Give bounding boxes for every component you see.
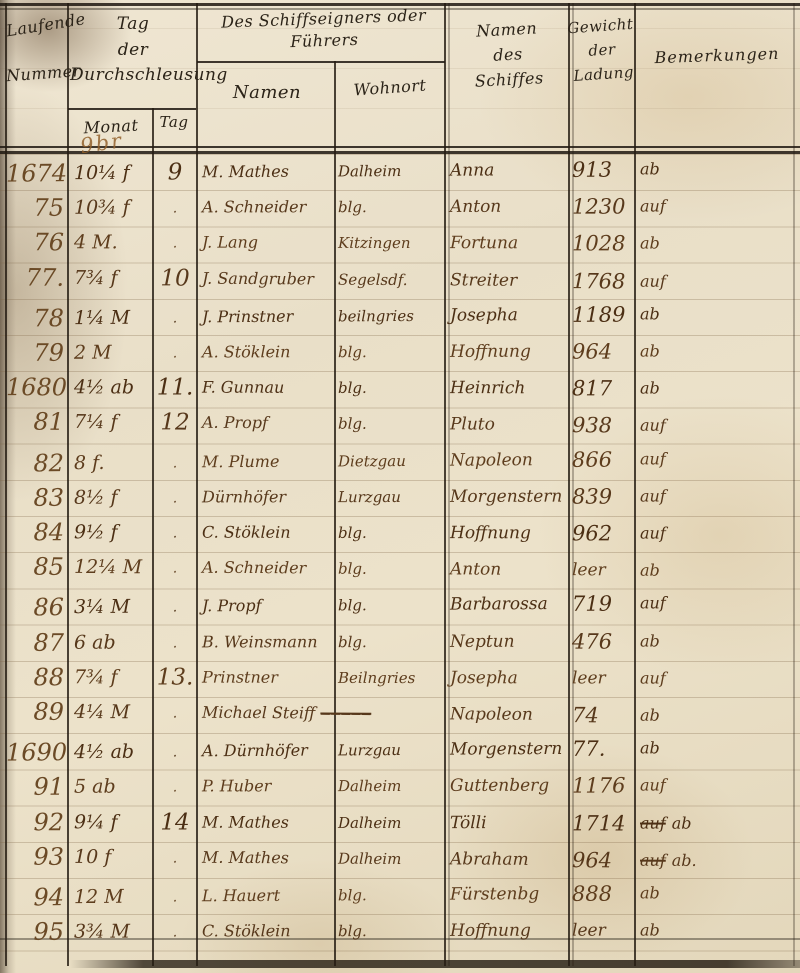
cell-schiffsname: Josepha	[450, 298, 568, 333]
cell-bemerkung: aufab	[640, 806, 796, 840]
cell-uhrzeit: 10¼ f	[74, 156, 150, 190]
cell-bemerkung: auf	[640, 441, 796, 476]
cell-eigner-name: Prinstner	[202, 660, 334, 694]
table-row: 764 M..J. Lang KitzingenFortuna1028ab	[0, 226, 800, 264]
cell-ladung-gewicht: 913	[572, 152, 632, 186]
cell-laufende-nummer: 79	[6, 336, 64, 370]
cell-eigner-name: J. Prinstner	[202, 299, 334, 334]
cell-ladung-gewicht: 476	[572, 624, 632, 658]
cell-schiffsname: Fortuna	[450, 226, 568, 260]
eigner-subheader-divider	[197, 61, 445, 63]
cell-tag: .	[154, 770, 196, 804]
cell-uhrzeit: 9¼ f	[74, 805, 150, 839]
cell-bemerkung: aufab.	[640, 843, 796, 878]
cell-laufende-nummer: 84	[6, 515, 64, 549]
struck-out-text: ‒‒‒‒‒	[320, 703, 371, 722]
cell-ladung-gewicht: leer	[572, 914, 632, 948]
cell-ladung-gewicht: 962	[572, 516, 632, 550]
cell-laufende-nummer: 81	[6, 405, 64, 439]
cell-schiffsname: Hoffnung	[450, 516, 568, 550]
cell-schiffsname: Fürstenbg	[450, 877, 568, 912]
cell-tag: 9	[154, 155, 196, 189]
cell-tag: 10	[154, 261, 196, 295]
table-row: 828 f..M. Plume DietzgauNapoleon866auf	[0, 441, 800, 482]
cell-bemerkung: ab	[640, 624, 796, 658]
cell-wohnort: Lurzgau	[338, 480, 444, 514]
cell-uhrzeit: 4½ ab	[74, 370, 150, 404]
cell-laufende-nummer: 76	[6, 226, 64, 260]
cell-eigner-name: C. Stöklein	[202, 516, 334, 550]
header-gewicht-der-ladung: Gewicht der Ladung	[566, 12, 639, 89]
cell-tag: .	[154, 695, 196, 729]
cell-ladung-gewicht: 839	[572, 479, 632, 513]
cell-laufende-nummer: 75	[6, 191, 64, 225]
cell-laufende-nummer: 95	[6, 915, 64, 949]
cell-tag: 12	[154, 406, 196, 440]
table-row: 894¼ M.Michael Steiff ‒‒‒‒‒Napoleon74ab	[0, 694, 800, 735]
cell-wohnort: blg.	[338, 588, 444, 623]
cell-schiffsname: Pluto	[450, 408, 568, 443]
cell-bemerkung: ab	[640, 913, 796, 947]
cell-schiffsname: Abraham	[450, 842, 568, 877]
cell-bemerkung: auf	[640, 661, 796, 695]
cell-wohnort: Kitzingen	[338, 226, 444, 260]
cell-tag: .	[154, 445, 196, 479]
cell-wohnort: blg.	[338, 371, 444, 405]
cell-tag: .	[154, 480, 196, 514]
table-row: 849½ f.C. Stöklein blg.Hoffnung962auf	[0, 515, 800, 553]
cell-wohnort: Dalheim	[338, 805, 444, 839]
table-row: 887¾ f13.Prinstner BeilngriesJosephaleer…	[0, 660, 800, 698]
cell-wohnort: blg.	[338, 516, 444, 550]
table-row: 167410¼ f9M. Mathes DalheimAnna913ab	[0, 151, 800, 192]
cell-bemerkung: auf	[640, 264, 796, 299]
cell-laufende-nummer: 1680	[6, 370, 64, 404]
cell-eigner-name: A. Propf	[202, 406, 334, 441]
cell-ladung-gewicht: 74	[572, 698, 632, 732]
cell-ladung-gewicht: 888	[572, 876, 632, 910]
cell-bemerkung: ab	[640, 699, 796, 734]
cell-laufende-nummer: 83	[6, 481, 64, 515]
cell-wohnort	[338, 697, 444, 698]
cell-eigner-name: B. Weinsmann	[202, 625, 334, 659]
table-row: 8512¼ M.A. Schneider blg.Antonleerab	[0, 550, 800, 591]
cell-tag: .	[154, 879, 196, 913]
cell-ladung-gewicht: 719	[572, 587, 632, 621]
cell-tag: 11.	[154, 371, 196, 405]
cell-wohnort: beilngries	[338, 299, 444, 334]
cell-ladung-gewicht: 1028	[572, 227, 632, 261]
cell-uhrzeit: 9½ f	[74, 515, 150, 549]
cell-uhrzeit: 8½ f	[74, 480, 150, 514]
cell-uhrzeit: 3¼ M	[74, 590, 150, 624]
cell-eigner-name: J. Sandgruber	[202, 261, 334, 296]
cell-bemerkung: ab	[640, 151, 796, 186]
cell-schiffsname: Napoleon	[450, 697, 568, 732]
cell-bemerkung: auf	[640, 409, 796, 444]
table-row: 16804½ ab11.F. Gunnau blg.Heinrich817ab	[0, 370, 800, 408]
cell-eigner-name: F. Gunnau	[202, 371, 334, 405]
cell-schiffsname: Anton	[450, 553, 568, 588]
table-row: 9310 f.M. Mathes DalheimAbraham964aufab.	[0, 839, 800, 880]
cell-uhrzeit: 4½ ab	[74, 735, 150, 769]
cell-eigner-name: M. Mathes	[202, 154, 334, 189]
cell-wohnort: blg.	[338, 552, 444, 587]
header-schiffseigner: Des Schiffseigners oder Führers	[199, 4, 448, 57]
cell-tag: .	[154, 915, 196, 949]
cell-tag: .	[154, 840, 196, 874]
cell-uhrzeit: 7¼ f	[74, 405, 150, 439]
cell-uhrzeit: 12¼ M	[74, 550, 150, 584]
cell-bemerkung: ab	[640, 731, 796, 766]
cell-laufende-nummer: 93	[6, 839, 64, 873]
cell-eigner-name: A. Schneider	[202, 190, 334, 224]
cell-laufende-nummer: 92	[6, 805, 64, 839]
cell-schiffsname: Morgenstern	[450, 479, 568, 513]
cell-wohnort: blg.	[338, 914, 444, 948]
table-row: 915 ab.P. Huber DalheimGuttenberg1176auf	[0, 769, 800, 807]
cell-ladung-gewicht: 1176	[572, 769, 632, 803]
cell-eigner-name: L. Hauert	[202, 878, 334, 913]
cell-wohnort: blg.	[338, 335, 444, 369]
cell-laufende-nummer: 85	[6, 550, 64, 584]
table-row: 16904½ ab.A. Dürnhöfer LurzgauMorgenster…	[0, 731, 800, 772]
cell-bemerkung: auf	[640, 479, 796, 513]
cell-bemerkung: ab	[640, 372, 796, 406]
cell-bemerkung: auf	[640, 769, 796, 803]
table-row: 929¼ f14M. Mathes DalheimTölli1714aufab	[0, 805, 800, 843]
table-row: 7510¾ f.A. Schneider blg.Anton1230auf	[0, 189, 800, 227]
cell-ladung-gewicht: 1768	[572, 264, 632, 298]
table-row: 863¼ M.J. Propf blg.Barbarossa719auf	[0, 586, 800, 627]
cell-uhrzeit: 10 f	[74, 840, 150, 874]
table-row: 953¾ M.C. Stöklein blg.Hoffnungleerab	[0, 913, 800, 951]
cell-laufende-nummer: 88	[6, 660, 64, 694]
table-row: 781¼ M.J. Prinstner beilngriesJosepha118…	[0, 296, 800, 337]
cell-bemerkung: auf	[640, 586, 796, 621]
cell-schiffsname: Barbarossa	[450, 587, 568, 622]
cell-ladung-gewicht: 77.	[572, 732, 632, 766]
cell-eigner-name: A. Stöklein	[202, 335, 334, 369]
table-row: 77.7¾ f10J. Sandgruber Segelsdf.Streiter…	[0, 260, 800, 301]
cell-laufende-nummer: 91	[6, 770, 64, 804]
cell-laufende-nummer: 1690	[6, 735, 64, 769]
cell-bemerkung: auf	[640, 517, 796, 551]
cell-laufende-nummer: 77.	[6, 260, 64, 294]
cell-wohnort: Segelsdf.	[338, 262, 444, 297]
cell-laufende-nummer: 1674	[6, 156, 64, 190]
cell-wohnort: Beilngries	[338, 661, 444, 695]
cell-bemerkung: ab	[640, 334, 796, 368]
cell-uhrzeit: 8 f.	[74, 445, 150, 479]
cell-uhrzeit: 10¾ f	[74, 191, 150, 225]
cell-ladung-gewicht: 866	[572, 442, 632, 476]
cell-laufende-nummer: 82	[6, 446, 64, 480]
cell-laufende-nummer: 87	[6, 625, 64, 659]
cell-bemerkung: ab	[640, 875, 796, 910]
cell-schiffsname: Hoffnung	[450, 914, 568, 948]
header-tag-der-durchschleusung: Tag der Durchschleusung	[70, 12, 196, 89]
cell-tag: 14	[154, 805, 196, 839]
cell-ladung-gewicht: 964	[572, 334, 632, 368]
cell-eigner-name: A. Schneider	[202, 551, 334, 586]
cell-eigner-name: A. Dürnhöfer	[202, 734, 334, 769]
cell-uhrzeit: 4 M.	[74, 226, 150, 260]
tag-subheader-divider	[68, 108, 196, 110]
cell-laufende-nummer: 89	[6, 694, 64, 728]
ledger-page-scan: Laufende Nummer Tag der Durchschleusung …	[0, 0, 800, 973]
table-row: 792 M.A. Stöklein blg.Hoffnung964ab	[0, 334, 800, 372]
cell-uhrzeit: 1¼ M	[74, 300, 150, 334]
cell-tag: .	[154, 300, 196, 334]
table-row: 876 ab.B. Weinsmann blg.Neptun476ab	[0, 624, 800, 662]
cell-uhrzeit: 7¾ f	[74, 260, 150, 294]
cell-schiffsname: Morgenstern	[450, 732, 568, 767]
cell-uhrzeit: 2 M	[74, 336, 150, 370]
cell-eigner-name: M. Plume	[202, 444, 334, 479]
header-wohnort: Wohnort	[335, 72, 444, 103]
cell-schiffsname: Tölli	[450, 806, 568, 840]
cell-tag: .	[154, 735, 196, 769]
cell-wohnort: blg.	[338, 190, 444, 224]
cell-tag: .	[154, 226, 196, 260]
cell-laufende-nummer: 94	[6, 880, 64, 914]
struck-out-text: auf	[640, 850, 666, 869]
cell-schiffsname: Anna	[450, 153, 568, 188]
cell-schiffsname: Napoleon	[450, 442, 568, 477]
cell-uhrzeit: 3¾ M	[74, 915, 150, 949]
cell-bemerkung: ab	[640, 296, 796, 331]
cell-wohnort: Dalheim	[338, 841, 444, 876]
cell-wohnort: Dietzgau	[338, 443, 444, 478]
header-namen-des-schiffes: Namen des Schiffes	[445, 15, 571, 96]
cell-tag: .	[154, 590, 196, 624]
cell-eigner-name: M. Mathes	[202, 841, 334, 876]
cell-uhrzeit: 4¼ M	[74, 695, 150, 729]
cell-tag: .	[154, 551, 196, 585]
table-row: 817¼ f12A. Propf blg.Pluto938auf	[0, 405, 800, 446]
cell-ladung-gewicht: 964	[572, 843, 632, 877]
cell-ladung-gewicht: leer	[572, 553, 632, 587]
cell-wohnort: blg.	[338, 878, 444, 913]
cell-ladung-gewicht: 1189	[572, 297, 632, 331]
cell-laufende-nummer: 86	[6, 591, 64, 625]
header-namen: Namen	[200, 80, 334, 106]
cell-wohnort: Dalheim	[338, 154, 444, 189]
cell-eigner-name: C. Stöklein	[202, 914, 334, 948]
cell-schiffsname: Streiter	[450, 263, 568, 298]
cell-wohnort: blg.	[338, 624, 444, 658]
cell-uhrzeit: 12 M	[74, 880, 150, 914]
cell-ladung-gewicht: 1714	[572, 806, 632, 840]
cell-schiffsname: Guttenberg	[450, 769, 568, 803]
cell-wohnort: blg.	[338, 407, 444, 442]
cell-schiffsname: Anton	[450, 190, 568, 224]
cell-laufende-nummer: 78	[6, 301, 64, 335]
cell-tag: .	[154, 335, 196, 369]
page-bottom-edge-shadow	[70, 960, 800, 968]
cell-ladung-gewicht: 1230	[572, 190, 632, 224]
cell-eigner-name: J. Lang	[202, 226, 334, 260]
cell-ladung-gewicht: leer	[572, 661, 632, 695]
cell-tag: 13.	[154, 660, 196, 694]
table-row: 9412 M.L. Hauert blg.Fürstenbg888ab	[0, 875, 800, 916]
cell-eigner-name: M. Mathes	[202, 805, 334, 839]
struck-out-text: auf	[640, 813, 666, 832]
header-nummer: Nummer	[5, 60, 70, 88]
cell-schiffsname: Hoffnung	[450, 335, 568, 369]
cell-bemerkung: ab	[640, 554, 796, 589]
cell-bemerkung: ab	[640, 227, 796, 261]
header-bemerkungen: Bemerkungen	[638, 41, 797, 70]
cell-schiffsname: Neptun	[450, 624, 568, 658]
cell-eigner-name: P. Huber	[202, 770, 334, 804]
cell-uhrzeit: 7¾ f	[74, 660, 150, 694]
cell-uhrzeit: 5 ab	[74, 770, 150, 804]
cell-schiffsname: Heinrich	[450, 371, 568, 405]
cell-tag: .	[154, 191, 196, 225]
cell-wohnort: Dalheim	[338, 769, 444, 803]
cell-wohnort: Lurzgau	[338, 733, 444, 768]
cell-tag: .	[154, 515, 196, 549]
cell-uhrzeit: 6 ab	[74, 625, 150, 659]
table-row: 838½ f.Dürnhöfer LurzgauMorgenstern839au…	[0, 479, 800, 517]
cell-eigner-name: Dürnhöfer	[202, 480, 334, 514]
cell-eigner-name: Michael Steiff ‒‒‒‒‒	[202, 696, 334, 731]
cell-ladung-gewicht: 817	[572, 372, 632, 406]
cell-eigner-name: J. Propf	[202, 589, 334, 624]
cell-tag: .	[154, 625, 196, 659]
cell-ladung-gewicht: 938	[572, 409, 632, 443]
cell-schiffsname: Josepha	[450, 661, 568, 695]
cell-bemerkung: auf	[640, 189, 796, 223]
